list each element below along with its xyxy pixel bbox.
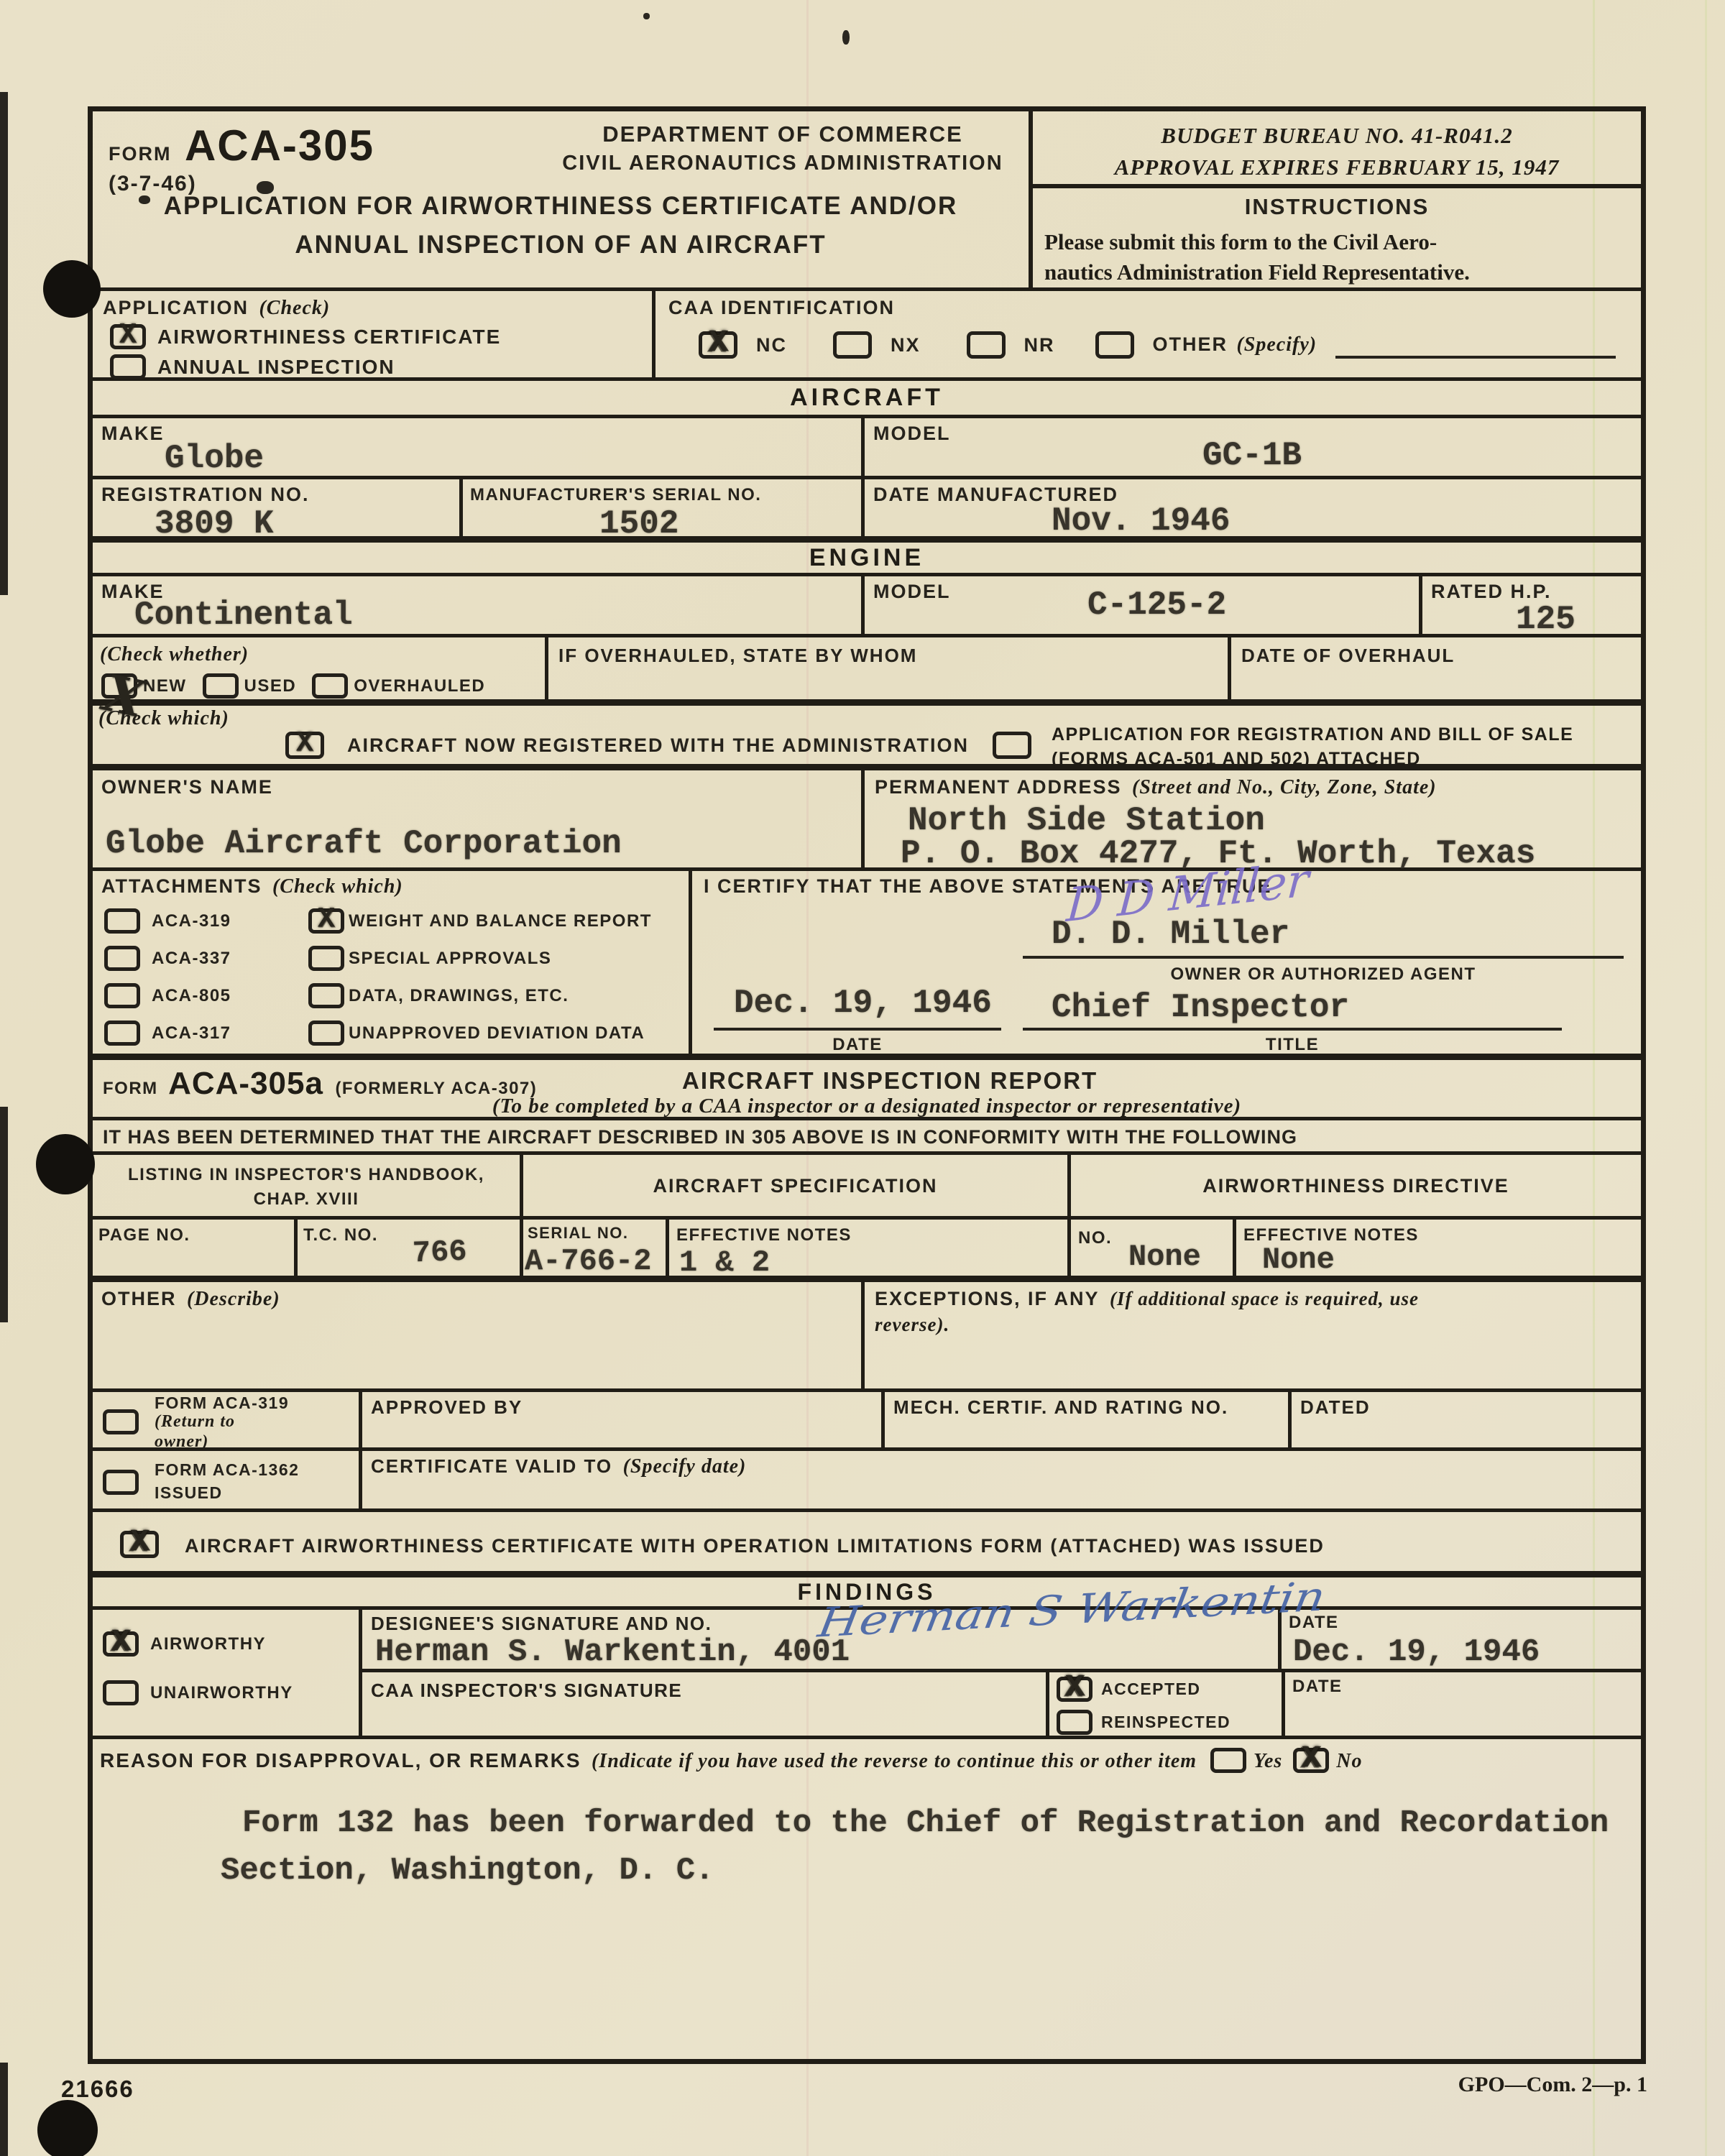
- budget-bureau-box: BUDGET BUREAU NO. 41-R041.2 APPROVAL EXP…: [1033, 111, 1641, 188]
- inspection-report-subtitle: (To be completed by a CAA inspector or a…: [93, 1095, 1641, 1118]
- airworthy-checkbox: [103, 1631, 139, 1657]
- check-which-note: (Check which): [98, 707, 229, 730]
- tc-no-value: 766: [412, 1235, 467, 1271]
- form-title-block: APPLICATION FOR AIRWORTHINESS CERTIFICAT…: [93, 192, 1029, 259]
- unairworthy-label: UNAIRWORTHY: [150, 1683, 293, 1703]
- permanent-address-cell: PERMANENT ADDRESS (Street and No., City,…: [865, 770, 1641, 867]
- certificate-valid-to-label: CERTIFICATE VALID TO: [371, 1455, 612, 1477]
- instructions-line-2: nautics Administration Field Representat…: [1044, 257, 1629, 287]
- punch-hole: [37, 2100, 98, 2156]
- date-rule: [714, 1028, 1001, 1031]
- registration-status-cell: (Check which) AIRCRAFT NOW REGISTERED WI…: [93, 706, 1641, 764]
- attachments-cell: ATTACHMENTS (Check which) ACA-319 ACA-33…: [93, 871, 692, 1054]
- reinspected-label: REINSPECTED: [1101, 1713, 1230, 1732]
- caa-identification-cell: CAA IDENTIFICATION NC NX NR OTHER (Speci…: [655, 291, 1641, 377]
- determination-row: IT HAS BEEN DETERMINED THAT THE AIRCRAFT…: [93, 1120, 1641, 1155]
- footer-serial: 21666: [61, 2076, 134, 2103]
- aircraft-make-value: Globe: [165, 440, 264, 477]
- application-forms-line-2: (FORMS ACA-501 AND 502) ATTACHED: [1052, 747, 1573, 772]
- reverse-yes-label: Yes: [1253, 1750, 1282, 1772]
- exceptions-cell: EXCEPTIONS, IF ANY (If additional space …: [865, 1282, 1641, 1388]
- aca-1362-row: FORM ACA-1362 ISSUED CERTIFICATE VALID T…: [93, 1451, 1641, 1512]
- ink-speck: [257, 181, 274, 194]
- certificate-issued-checkbox: [120, 1531, 159, 1558]
- nc-checkbox: [699, 331, 737, 359]
- form-aca-1362-cell: FORM ACA-1362 ISSUED: [93, 1451, 362, 1508]
- application-label: APPLICATION: [103, 297, 249, 318]
- reason-note: (Indicate if you have used the reverse t…: [592, 1750, 1197, 1772]
- attachments-label: ATTACHMENTS: [101, 875, 262, 897]
- check-whether-note: (Check whether): [100, 643, 249, 666]
- application-check-cell: APPLICATION (Check) AIRWORTHINESS CERTIF…: [93, 291, 655, 377]
- registration-status-row: (Check which) AIRCRAFT NOW REGISTERED WI…: [93, 706, 1641, 770]
- aca-305-form: FORM ACA-305 (3-7-46) DEPARTMENT OF COMM…: [88, 106, 1646, 2064]
- scan-edge-artifact: [0, 92, 8, 595]
- findings-right-column: DESIGNEE'S SIGNATURE AND NO. Herman S. W…: [362, 1610, 1641, 1736]
- other-describe-label: OTHER: [101, 1288, 177, 1309]
- overhauled-by-whom-label: IF OVERHAULED, STATE BY WHOM: [558, 645, 917, 667]
- aircraft-model-cell: MODEL GC-1B: [865, 418, 1641, 476]
- date-of-overhaul-cell: DATE OF OVERHAUL: [1231, 637, 1641, 699]
- aca-319-approval-row: FORM ACA-319 (Return to owner) APPROVED …: [93, 1392, 1641, 1451]
- remarks-line-1: Form 132 has been forwarded to the Chief…: [242, 1805, 1609, 1841]
- listing-header-line-1: LISTING IN INSPECTOR'S HANDBOOK,: [93, 1165, 520, 1185]
- serial-no-value: 1502: [599, 505, 678, 543]
- remarks-cell: REASON FOR DISAPPROVAL, OR REMARKS (Indi…: [93, 1739, 1641, 2059]
- aca-319-label: ACA-319: [152, 911, 231, 931]
- accepted-reinspected-cell: ACCEPTED REINSPECTED: [1049, 1672, 1285, 1736]
- certificate-valid-to-cell: CERTIFICATE VALID TO (Specify date): [362, 1451, 1641, 1508]
- findings-row: AIRWORTHY UNAIRWORTHY DESIGNEE'S SIGNATU…: [93, 1610, 1641, 1739]
- spec-table-header-row: LISTING IN INSPECTOR'S HANDBOOK, CHAP. X…: [93, 1155, 1641, 1220]
- aircraft-spec-header-cell: AIRCRAFT SPECIFICATION: [523, 1155, 1071, 1216]
- caa-date-cell: DATE: [1285, 1672, 1641, 1736]
- application-caa-row: APPLICATION (Check) AIRWORTHINESS CERTIF…: [93, 291, 1641, 381]
- form-aca-319-note-1: (Return to: [155, 1412, 289, 1432]
- application-check-note: (Check): [259, 297, 330, 319]
- other-checkbox: [1095, 331, 1134, 359]
- certification-cell: I CERTIFY THAT THE ABOVE STATEMENTS ARE …: [692, 871, 1641, 1054]
- tc-no-label: T.C. NO.: [303, 1225, 378, 1245]
- overhauled-checkbox: [312, 673, 348, 699]
- inspection-report-title: AIRCRAFT INSPECTION REPORT: [682, 1067, 1098, 1095]
- rated-hp-cell: RATED H.P. 125: [1422, 576, 1641, 634]
- dated-label: DATED: [1300, 1396, 1371, 1419]
- certificate-issued-row: AIRCRAFT AIRWORTHINESS CERTIFICATE WITH …: [93, 1512, 1641, 1577]
- airworthy-cell: AIRWORTHY UNAIRWORTHY: [93, 1610, 362, 1736]
- certificate-issued-cell: AIRCRAFT AIRWORTHINESS CERTIFICATE WITH …: [93, 1512, 1641, 1571]
- form-number-block: FORM ACA-305 (3-7-46): [109, 124, 374, 196]
- reverse-no-label: No: [1336, 1750, 1362, 1772]
- aircraft-model-value: GC-1B: [1202, 437, 1302, 474]
- remarks-row: REASON FOR DISAPPROVAL, OR REMARKS (Indi…: [93, 1739, 1641, 2059]
- reverse-yes-checkbox: [1210, 1748, 1246, 1773]
- weight-balance-checkbox: [308, 908, 344, 934]
- registration-no-value: 3809 K: [155, 505, 274, 543]
- form-aca-1362-checkbox: [103, 1470, 139, 1495]
- form-aca-1362-issued: ISSUED: [155, 1481, 299, 1504]
- form-title-line-2: ANNUAL INSPECTION OF AN AIRCRAFT: [93, 231, 1029, 259]
- caa-identification-label: CAA IDENTIFICATION: [668, 297, 895, 319]
- listing-header-line-2: CHAP. XVIII: [93, 1189, 520, 1210]
- form-aca-319-cell: FORM ACA-319 (Return to owner): [93, 1392, 362, 1447]
- nc-label: NC: [756, 334, 787, 356]
- rated-hp-value: 125: [1516, 601, 1575, 638]
- dept-line-2: CIVIL AERONAUTICS ADMINISTRATION: [553, 152, 1013, 175]
- accepted-checkbox: [1057, 1677, 1092, 1702]
- scanned-document-page: FORM ACA-305 (3-7-46) DEPARTMENT OF COMM…: [0, 0, 1725, 2156]
- scan-edge-artifact: [0, 2063, 8, 2156]
- other-describe-note: (Describe): [187, 1288, 280, 1310]
- data-drawings-label: DATA, DRAWINGS, ETC.: [349, 986, 569, 1006]
- signature-rule: [1023, 956, 1624, 959]
- date-of-overhaul-label: DATE OF OVERHAUL: [1241, 645, 1455, 667]
- overhauled-by-whom-cell: IF OVERHAULED, STATE BY WHOM: [548, 637, 1231, 699]
- aca-319-checkbox: [104, 908, 140, 934]
- determination-cell: IT HAS BEEN DETERMINED THAT THE AIRCRAFT…: [93, 1120, 1641, 1151]
- other-describe-cell: OTHER (Describe): [93, 1282, 865, 1388]
- aca-805-label: ACA-805: [152, 986, 231, 1006]
- rated-hp-label: RATED H.P.: [1431, 581, 1552, 603]
- department-block: DEPARTMENT OF COMMERCE CIVIL AERONAUTICS…: [553, 121, 1013, 175]
- designee-date-cell: DATE Dec. 19, 1946: [1282, 1610, 1641, 1669]
- exceptions-label: EXCEPTIONS, IF ANY: [875, 1288, 1100, 1309]
- nx-checkbox: [833, 331, 872, 359]
- attachments-note: (Check which): [272, 875, 403, 898]
- caa-inspector-subrow: CAA INSPECTOR'S SIGNATURE ACCEPTED REINS…: [362, 1672, 1641, 1736]
- spec-serial-value: A-766-2: [525, 1244, 651, 1279]
- aca-317-checkbox: [104, 1021, 140, 1046]
- other-specify-note: (Specify): [1236, 333, 1317, 356]
- aca-337-checkbox: [104, 946, 140, 971]
- header-right: BUDGET BUREAU NO. 41-R041.2 APPROVAL EXP…: [1029, 111, 1641, 287]
- budget-line-1: BUDGET BUREAU NO. 41-R041.2: [1033, 123, 1641, 149]
- mech-certif-cell: MECH. CERTIF. AND RATING NO.: [885, 1392, 1292, 1447]
- listing-header-cell: LISTING IN INSPECTOR'S HANDBOOK, CHAP. X…: [93, 1155, 523, 1216]
- engine-condition-row: (Check whether) NEW USED OVERHAULED IF O…: [93, 637, 1641, 706]
- date-manufactured-value: Nov. 1946: [1052, 502, 1230, 540]
- form-header-row: FORM ACA-305 (3-7-46) DEPARTMENT OF COMM…: [93, 111, 1641, 291]
- instructions-box: INSTRUCTIONS Please submit this form to …: [1033, 188, 1641, 287]
- caa-inspector-signature-label: CAA INSPECTOR'S SIGNATURE: [371, 1680, 682, 1702]
- airworthiness-certificate-checkbox: [110, 324, 146, 349]
- aircraft-model-label: MODEL: [873, 423, 951, 445]
- designee-signature-label: DESIGNEE'S SIGNATURE AND NO.: [371, 1613, 712, 1635]
- caa-date-label: DATE: [1292, 1677, 1343, 1697]
- engine-make-cell: MAKE Continental: [93, 576, 865, 634]
- form-number: ACA-305: [185, 121, 374, 170]
- footer-gpo: GPO—Com. 2—p. 1: [1458, 2073, 1647, 2097]
- aircraft-make-model-row: MAKE Globe MODEL GC-1B: [93, 418, 1641, 479]
- reason-label: REASON FOR DISAPPROVAL, OR REMARKS: [100, 1749, 581, 1772]
- tc-no-cell: T.C. NO. 766: [298, 1220, 523, 1276]
- scan-edge-artifact: [0, 1107, 8, 1322]
- engine-model-value: C-125-2: [1087, 586, 1226, 624]
- certify-date-label: DATE: [714, 1035, 1001, 1055]
- other-specify-line: [1335, 331, 1616, 359]
- mech-certif-label: MECH. CERTIF. AND RATING NO.: [893, 1396, 1228, 1419]
- form-aca-319-checkbox: [103, 1409, 139, 1434]
- reinspected-checkbox: [1057, 1710, 1092, 1735]
- serial-no-cell: MANUFACTURER'S SERIAL NO. 1502: [463, 479, 865, 536]
- punch-hole: [36, 1134, 95, 1194]
- punch-hole: [43, 260, 101, 318]
- approved-by-label: APPROVED BY: [371, 1396, 523, 1419]
- title-value: Chief Inspector: [1052, 989, 1349, 1026]
- airworthiness-directive-header-cell: AIRWORTHINESS DIRECTIVE: [1071, 1155, 1641, 1216]
- spec-serial-cell: SERIAL NO. A-766-2: [523, 1220, 669, 1276]
- ad-notes-value: None: [1262, 1243, 1335, 1277]
- certificate-issued-label: AIRCRAFT AIRWORTHINESS CERTIFICATE WITH …: [185, 1535, 1325, 1557]
- engine-section-title: ENGINE: [809, 544, 924, 572]
- airworthy-label: AIRWORTHY: [150, 1634, 266, 1654]
- aca-305a-header-cell: FORM ACA-305a (FORMERLY ACA-307) AIRCRAF…: [93, 1060, 1641, 1117]
- weight-balance-label: WEIGHT AND BALANCE REPORT: [349, 911, 652, 931]
- spec-notes-cell: EFFECTIVE NOTES 1 & 2: [669, 1220, 1071, 1276]
- registered-checkbox: [285, 732, 324, 759]
- unapproved-deviation-checkbox: [308, 1021, 344, 1046]
- overhauled-label: OVERHAULED: [354, 676, 485, 696]
- owner-address-row: OWNER'S NAME Globe Aircraft Corporation …: [93, 770, 1641, 871]
- dated-cell: DATED: [1292, 1392, 1641, 1447]
- registration-no-cell: REGISTRATION NO. 3809 K: [93, 479, 463, 536]
- ad-no-value: None: [1128, 1240, 1201, 1274]
- form-aca-319-note-2: owner): [155, 1432, 289, 1452]
- application-forms-line-1: APPLICATION FOR REGISTRATION AND BILL OF…: [1052, 723, 1573, 747]
- aca-305a-header-row: FORM ACA-305a (FORMERLY ACA-307) AIRCRAF…: [93, 1060, 1641, 1120]
- ad-no-label: NO.: [1078, 1228, 1112, 1248]
- instructions-title: INSTRUCTIONS: [1033, 194, 1641, 220]
- aircraft-section-title: AIRCRAFT: [790, 384, 944, 412]
- budget-line-2: APPROVAL EXPIRES FEBRUARY 15, 1947: [1033, 155, 1641, 180]
- exceptions-note-1: (If additional space is required, use: [1110, 1288, 1419, 1309]
- new-label: NEW: [143, 676, 187, 696]
- aircraft-section-bar: AIRCRAFT: [93, 381, 1641, 418]
- instructions-line-1: Please submit this form to the Civil Aer…: [1044, 227, 1629, 257]
- remarks-line-2: Section, Washington, D. C.: [221, 1853, 714, 1889]
- registration-no-label: REGISTRATION NO.: [101, 484, 310, 506]
- page-no-cell: PAGE NO.: [93, 1220, 298, 1276]
- spec-notes-value: 1 & 2: [679, 1245, 770, 1280]
- owner-name-value: Globe Aircraft Corporation: [106, 825, 622, 862]
- approved-by-cell: APPROVED BY: [362, 1392, 885, 1447]
- caa-inspector-signature-cell: CAA INSPECTOR'S SIGNATURE: [362, 1672, 1049, 1736]
- nr-checkbox: [967, 331, 1006, 359]
- aircraft-spec-header: AIRCRAFT SPECIFICATION: [653, 1175, 938, 1197]
- form-word-label: FORM: [109, 143, 171, 165]
- nx-label: NX: [891, 334, 921, 356]
- reverse-no-checkbox: [1293, 1748, 1329, 1773]
- application-forms-checkbox: [993, 732, 1031, 759]
- owner-name-label: OWNER'S NAME: [101, 776, 273, 798]
- airworthiness-directive-header: AIRWORTHINESS DIRECTIVE: [1202, 1175, 1509, 1197]
- other-label: OTHER: [1153, 333, 1228, 355]
- serial-no-label: MANUFACTURER'S SERIAL NO.: [470, 485, 761, 505]
- ink-speck: [842, 30, 850, 45]
- form-aca-319-label: FORM ACA-319: [155, 1393, 289, 1412]
- special-approvals-checkbox: [308, 946, 344, 971]
- nr-label: NR: [1024, 334, 1055, 356]
- new-checkbox: [101, 673, 137, 699]
- annual-inspection-label: ANNUAL INSPECTION: [157, 356, 395, 379]
- permanent-address-note: (Street and No., City, Zone, State): [1132, 776, 1437, 798]
- spec-serial-label: SERIAL NO.: [528, 1224, 629, 1243]
- determination-text: IT HAS BEEN DETERMINED THAT THE AIRCRAFT…: [103, 1126, 1297, 1148]
- form-aca-1362-label: FORM ACA-1362: [155, 1458, 299, 1481]
- spec-table-values-row: PAGE NO. T.C. NO. 766 SERIAL NO. A-766-2…: [93, 1220, 1641, 1282]
- unapproved-deviation-label: UNAPPROVED DEVIATION DATA: [349, 1023, 645, 1044]
- address-line-1: North Side Station: [908, 802, 1265, 839]
- check-whether-cell: (Check whether) NEW USED OVERHAULED: [93, 637, 548, 699]
- engine-make-value: Continental: [134, 596, 353, 634]
- ad-no-cell: NO. None: [1071, 1220, 1236, 1276]
- form-title-line-1: APPLICATION FOR AIRWORTHINESS CERTIFICAT…: [93, 192, 1029, 221]
- header-left: FORM ACA-305 (3-7-46) DEPARTMENT OF COMM…: [93, 111, 1029, 287]
- scan-line: [1705, 0, 1707, 2156]
- data-drawings-checkbox: [308, 983, 344, 1008]
- ink-speck: [139, 195, 150, 204]
- aca-337-label: ACA-337: [152, 949, 231, 969]
- attachments-certify-row: ATTACHMENTS (Check which) ACA-319 ACA-33…: [93, 871, 1641, 1060]
- exceptions-note-2: reverse).: [875, 1314, 949, 1336]
- designee-signature-cell: DESIGNEE'S SIGNATURE AND NO. Herman S. W…: [362, 1610, 1282, 1669]
- engine-model-label: MODEL: [873, 581, 951, 603]
- airworthiness-certificate-label: AIRWORTHINESS CERTIFICATE: [157, 326, 501, 349]
- used-label: USED: [244, 676, 297, 696]
- aircraft-make-cell: MAKE Globe: [93, 418, 865, 476]
- owner-name-cell: OWNER'S NAME Globe Aircraft Corporation: [93, 770, 865, 867]
- certificate-valid-to-note: (Specify date): [623, 1455, 747, 1478]
- unairworthy-checkbox: [103, 1680, 139, 1705]
- date-manufactured-cell: DATE MANUFACTURED Nov. 1946: [865, 479, 1641, 536]
- engine-make-model-row: MAKE Continental MODEL C-125-2 RATED H.P…: [93, 576, 1641, 637]
- annual-inspection-checkbox: [110, 354, 146, 379]
- ad-notes-cell: EFFECTIVE NOTES None: [1236, 1220, 1641, 1276]
- title-label: TITLE: [1023, 1035, 1562, 1055]
- designee-subrow: DESIGNEE'S SIGNATURE AND NO. Herman S. W…: [362, 1610, 1641, 1672]
- owner-agent-label: OWNER OR AUTHORIZED AGENT: [1023, 964, 1624, 985]
- ink-speck: [643, 13, 650, 19]
- dept-line-1: DEPARTMENT OF COMMERCE: [553, 121, 1013, 147]
- aircraft-registration-row: REGISTRATION NO. 3809 K MANUFACTURER'S S…: [93, 479, 1641, 543]
- spec-notes-label: EFFECTIVE NOTES: [676, 1225, 852, 1245]
- designee-date-value: Dec. 19, 1946: [1293, 1634, 1540, 1670]
- aca-805-checkbox: [104, 983, 140, 1008]
- aircraft-make-label: MAKE: [101, 423, 165, 445]
- aca-317-label: ACA-317: [152, 1023, 231, 1044]
- permanent-address-label: PERMANENT ADDRESS: [875, 776, 1122, 798]
- page-no-label: PAGE NO.: [98, 1225, 190, 1245]
- certify-date-value: Dec. 19, 1946: [734, 985, 992, 1022]
- registered-label: AIRCRAFT NOW REGISTERED WITH THE ADMINIS…: [347, 734, 969, 757]
- accepted-label: ACCEPTED: [1101, 1680, 1201, 1699]
- used-checkbox: [203, 673, 239, 699]
- engine-section-bar: ENGINE: [93, 543, 1641, 576]
- special-approvals-label: SPECIAL APPROVALS: [349, 949, 551, 969]
- title-rule: [1023, 1028, 1562, 1031]
- engine-model-cell: MODEL C-125-2: [865, 576, 1422, 634]
- designee-typed-name: Herman S. Warkentin, 4001: [375, 1634, 850, 1670]
- other-exceptions-row: OTHER (Describe) EXCEPTIONS, IF ANY (If …: [93, 1282, 1641, 1392]
